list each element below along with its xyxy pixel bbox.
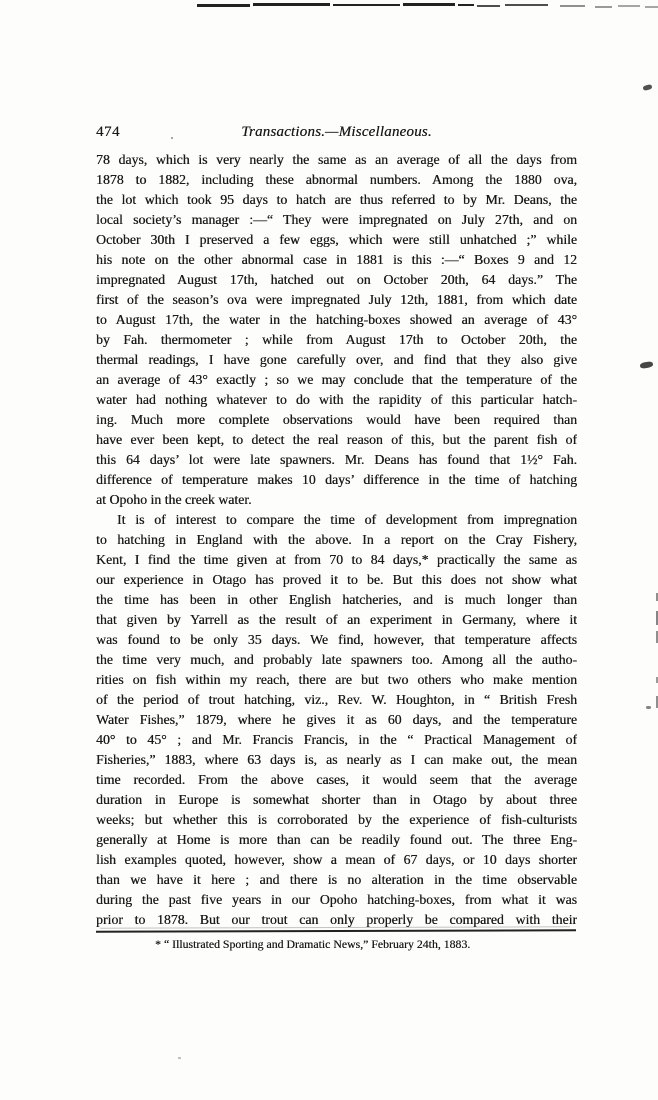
text-line: thermal readings, I have gone carefully … [96,350,577,370]
text-line: than we have it here ; and there is no a… [96,870,577,890]
text-line: to August 17th, the water in the hatchin… [96,310,577,330]
text-line: water had nothing whatever to do with th… [96,390,577,410]
paragraph-1: 78 days, which is very nearly the same a… [96,150,577,510]
text-line: of the period of trout hatching, viz., R… [96,690,577,710]
paragraph-2: It is of interest to compare the time of… [96,510,577,930]
text-line: weeks; but whether this is corroborated … [96,810,577,830]
page-body: 78 days, which is very nearly the same a… [96,150,577,930]
text-line: during the past five years in our Opoho … [96,890,577,910]
text-line: have ever been kept, to detect the real … [96,430,577,450]
text-line: by Fah. thermometer ; while from August … [96,330,577,350]
text-line: Kent, I find the time given at from 70 t… [96,550,577,570]
header-title: Transactions.—Miscellaneous. [96,124,577,141]
text-line: lish examples quoted, however, show a me… [96,850,577,870]
document-page: 474 Transactions.—Miscellaneous. 78 days… [0,0,658,1100]
text-line: Water Fishes,” 1879, where he gives it a… [96,710,577,730]
footnote-text: * “ Illustrated Sporting and Dramatic Ne… [155,937,585,952]
text-line: our experience in Otago has proved it to… [96,570,577,590]
text-line: first of the season’s ova were impregnat… [96,290,577,310]
text-line: an average of 43° exactly ; so we may co… [96,370,577,390]
text-line: the time very much, and probably late sp… [96,650,577,670]
text-line: this 64 days’ lot were late spawners. Mr… [96,450,577,470]
text-line: that given by Yarrell as the result of a… [96,610,577,630]
text-line: difference of temperature makes 10 days’… [96,470,577,490]
text-line: duration in Europe is somewhat shorter t… [96,790,577,810]
text-line: at Opoho in the creek water. [96,490,577,510]
text-line: to hatching in England with the above. I… [96,530,577,550]
text-line: was found to be only 35 days. We find, h… [96,630,577,650]
text-line: ing. Much more complete observations wou… [96,410,577,430]
text-line: It is of interest to compare the time of… [96,510,577,530]
page-header: 474 Transactions.—Miscellaneous. [96,124,577,144]
text-line: the lot which took 95 days to hatch are … [96,190,577,210]
text-line: impregnated August 17th, hatched out on … [96,270,577,290]
text-line: generally at Home is more than can be re… [96,830,577,850]
text-line: the time has been in other English hatch… [96,590,577,610]
text-line: time recorded. From the above cases, it … [96,770,577,790]
scan-speck [171,137,173,139]
scan-speck [178,1057,181,1059]
text-line: Fisheries,” 1883, where 63 days is, as n… [96,750,577,770]
text-line: 40° to 45° ; and Mr. Francis Francis, in… [96,730,577,750]
text-line: local society’s manager :—“ They were im… [96,210,577,230]
footnote-rule [96,929,576,933]
text-line: 1878 to 1882, including these abnormal n… [96,170,577,190]
text-line: 78 days, which is very nearly the same a… [96,150,577,170]
text-line: his note on the other abnormal case in 1… [96,250,577,270]
text-line: rities on fish within my reach, there ar… [96,670,577,690]
text-line: October 30th I preserved a few eggs, whi… [96,230,577,250]
